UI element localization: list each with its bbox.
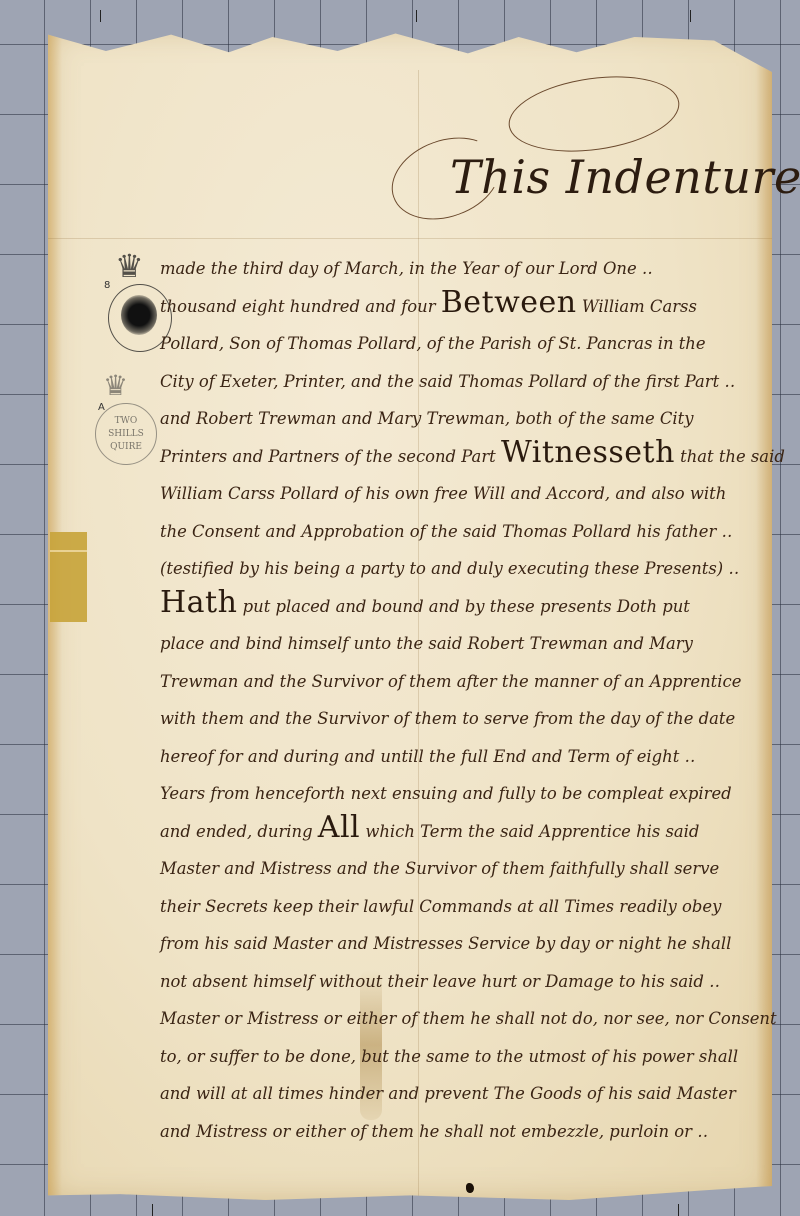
ruler-tick	[678, 1204, 679, 1216]
line-text: place and bind himself unto the said Rob…	[160, 634, 693, 653]
line-text: not absent himself without their leave h…	[160, 972, 720, 991]
text-line: Master and Mistress and the Survivor of …	[160, 846, 770, 884]
line-text: with them and the Survivor of them to se…	[160, 709, 735, 728]
line-text: which Term the said Apprentice his said	[360, 822, 699, 841]
text-line: and Mistress or either of them he shall …	[160, 1109, 770, 1147]
engrossed-word: Hath	[160, 585, 237, 620]
text-line: from his said Master and Mistresses Serv…	[160, 921, 770, 959]
text-line: Pollard, Son of Thomas Pollard, of the P…	[160, 321, 770, 359]
line-text: Years from henceforth next ensuing and f…	[160, 784, 732, 803]
text-line: Hath put placed and bound and by these p…	[160, 584, 770, 622]
text-line: Master or Mistress or either of them he …	[160, 996, 770, 1034]
line-text: made the third day of March, in the Year…	[160, 259, 653, 278]
stamp-mark: A	[98, 402, 105, 413]
line-text: Pollard, Son of Thomas Pollard, of the P…	[160, 334, 706, 353]
ink-blot	[121, 295, 157, 335]
text-line: Trewman and the Survivor of them after t…	[160, 659, 770, 697]
line-text: thousand eight hundred and four	[160, 297, 441, 316]
engrossed-word: Between	[441, 285, 577, 320]
line-text: and Robert Trewman and Mary Trewman, bot…	[160, 409, 694, 428]
crown-icon: ♛	[115, 250, 144, 282]
text-line: the Consent and Approbation of the said …	[160, 509, 770, 547]
text-line: William Carss Pollard of his own free Wi…	[160, 471, 770, 509]
text-line: Printers and Partners of the second Part…	[160, 434, 770, 472]
line-text: Printers and Partners of the second Part	[160, 447, 501, 466]
text-line: Years from henceforth next ensuing and f…	[160, 771, 770, 809]
text-line: and Robert Trewman and Mary Trewman, bot…	[160, 396, 770, 434]
line-text: put placed and bound and by these presen…	[237, 597, 689, 616]
text-line: (testified by his being a party to and d…	[160, 546, 770, 584]
line-text: their Secrets keep their lawful Commands…	[160, 897, 721, 916]
text-line: made the third day of March, in the Year…	[160, 246, 770, 284]
line-text: Master and Mistress and the Survivor of …	[160, 859, 719, 878]
stamp-mark: 8	[104, 280, 110, 291]
line-text: and will at all times hinder and prevent…	[160, 1084, 736, 1103]
line-text: Trewman and the Survivor of them after t…	[160, 672, 741, 691]
line-text: to, or suffer to be done, but the same t…	[160, 1047, 738, 1066]
line-text: and ended, during	[160, 822, 318, 841]
text-line: not absent himself without their leave h…	[160, 959, 770, 997]
crown-icon: ♛	[103, 372, 128, 400]
ruler-tick	[100, 10, 101, 22]
line-text: the Consent and Approbation of the said …	[160, 522, 733, 541]
line-text: (testified by his being a party to and d…	[160, 559, 739, 578]
text-line: their Secrets keep their lawful Commands…	[160, 884, 770, 922]
document-body: made the third day of March, in the Year…	[160, 246, 770, 1146]
tape-repair	[50, 532, 87, 622]
ruler-tick	[690, 10, 691, 22]
line-text: City of Exeter, Printer, and the said Th…	[160, 372, 735, 391]
engrossed-word: Witnesseth	[501, 435, 675, 470]
text-line: hereof for and during and untill the ful…	[160, 734, 770, 772]
engrossed-word: All	[318, 810, 360, 845]
line-text: William Carss	[577, 297, 697, 316]
text-line: with them and the Survivor of them to se…	[160, 696, 770, 734]
fold-crease	[48, 238, 772, 239]
text-line: and will at all times hinder and prevent…	[160, 1071, 770, 1109]
line-text: from his said Master and Mistresses Serv…	[160, 934, 731, 953]
line-text: William Carss Pollard of his own free Wi…	[160, 484, 726, 503]
line-text: hereof for and during and untill the ful…	[160, 747, 695, 766]
document-heading: This Indenture	[450, 150, 800, 204]
text-line: to, or suffer to be done, but the same t…	[160, 1034, 770, 1072]
ruler-tick	[416, 10, 417, 22]
line-text: Master or Mistress or either of them he …	[160, 1009, 777, 1028]
stamp-label: TWO SHILLS QUIRE	[96, 415, 156, 454]
text-line: City of Exeter, Printer, and the said Th…	[160, 359, 770, 397]
line-text: that the said	[675, 447, 785, 466]
ink-spot	[466, 1183, 474, 1193]
ruler-tick	[152, 1204, 153, 1216]
line-text: and Mistress or either of them he shall …	[160, 1122, 708, 1141]
text-line: and ended, during All which Term the sai…	[160, 809, 770, 847]
text-line: place and bind himself unto the said Rob…	[160, 621, 770, 659]
text-line: thousand eight hundred and four Between …	[160, 284, 770, 322]
